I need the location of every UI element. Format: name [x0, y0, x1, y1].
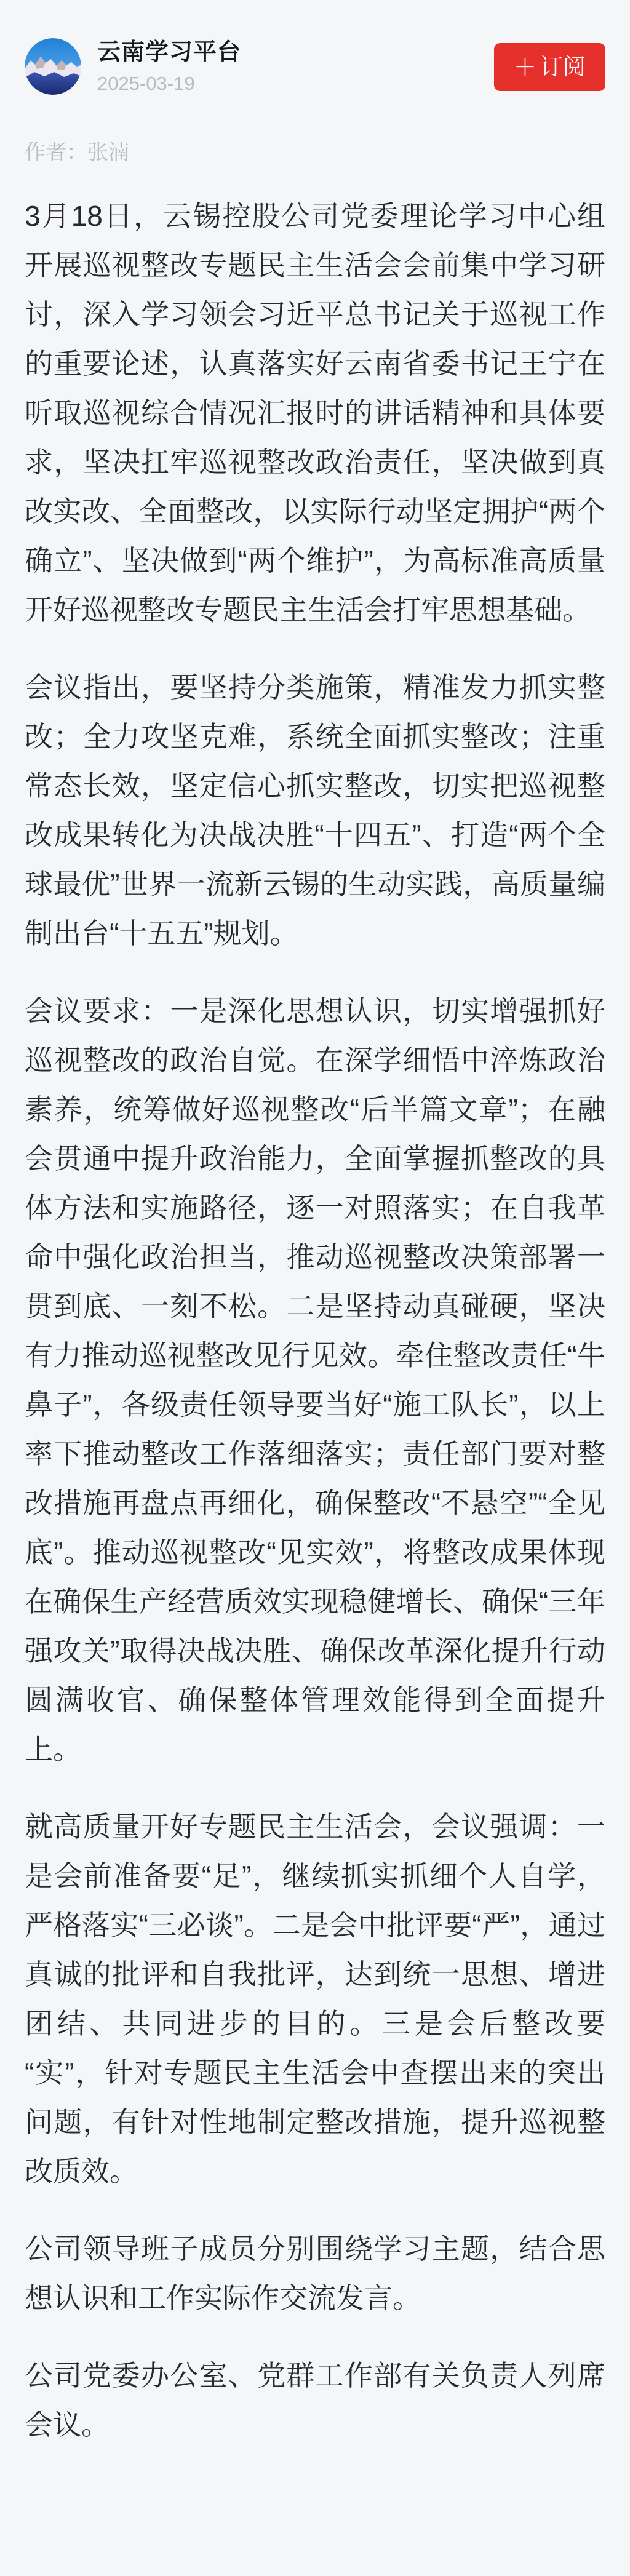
- subscribe-label: 订阅: [540, 43, 586, 91]
- publisher-avatar[interactable]: [25, 38, 81, 95]
- article-paragraph: 就高质量开好专题民主生活会，会议强调：一是会前准备要“足”，继续抓实抓细个人自学…: [25, 1802, 605, 2196]
- author-line: 作者：张湳: [25, 140, 605, 165]
- publisher-info: 云南学习平台 2025-03-19: [97, 38, 494, 93]
- article-paragraph: 会议要求：一是深化思想认识，切实增强抓好巡视整改的政治自觉。在深学细悟中淬炼政治…: [25, 986, 605, 1774]
- mountain-avatar-image: [25, 38, 81, 95]
- publisher-header: 云南学习平台 2025-03-19 ＋ 订阅: [25, 38, 605, 95]
- subscribe-button[interactable]: ＋ 订阅: [494, 43, 605, 91]
- article-page: 云南学习平台 2025-03-19 ＋ 订阅 作者：张湳 3月18日，云锡控股公…: [0, 38, 630, 2449]
- publish-date: 2025-03-19: [97, 74, 494, 93]
- article-paragraph: 会议指出，要坚持分类施策，精准发力抓实整改；全力攻坚克难，系统全面抓实整改；注重…: [25, 663, 605, 958]
- article-body: 3月18日，云锡控股公司党委理论学习中心组开展巡视整改专题民主生活会会前集中学习…: [25, 191, 605, 2449]
- article-paragraph: 公司领导班子成员分别围绕学习主题，结合思想认识和工作实际作交流发言。: [25, 2224, 605, 2323]
- plus-icon: ＋: [514, 56, 536, 79]
- article-paragraph: 公司党委办公室、党群工作部有关负责人列席会议。: [25, 2351, 605, 2449]
- publisher-name[interactable]: 云南学习平台: [97, 39, 494, 66]
- article-paragraph: 3月18日，云锡控股公司党委理论学习中心组开展巡视整改专题民主生活会会前集中学习…: [25, 191, 605, 634]
